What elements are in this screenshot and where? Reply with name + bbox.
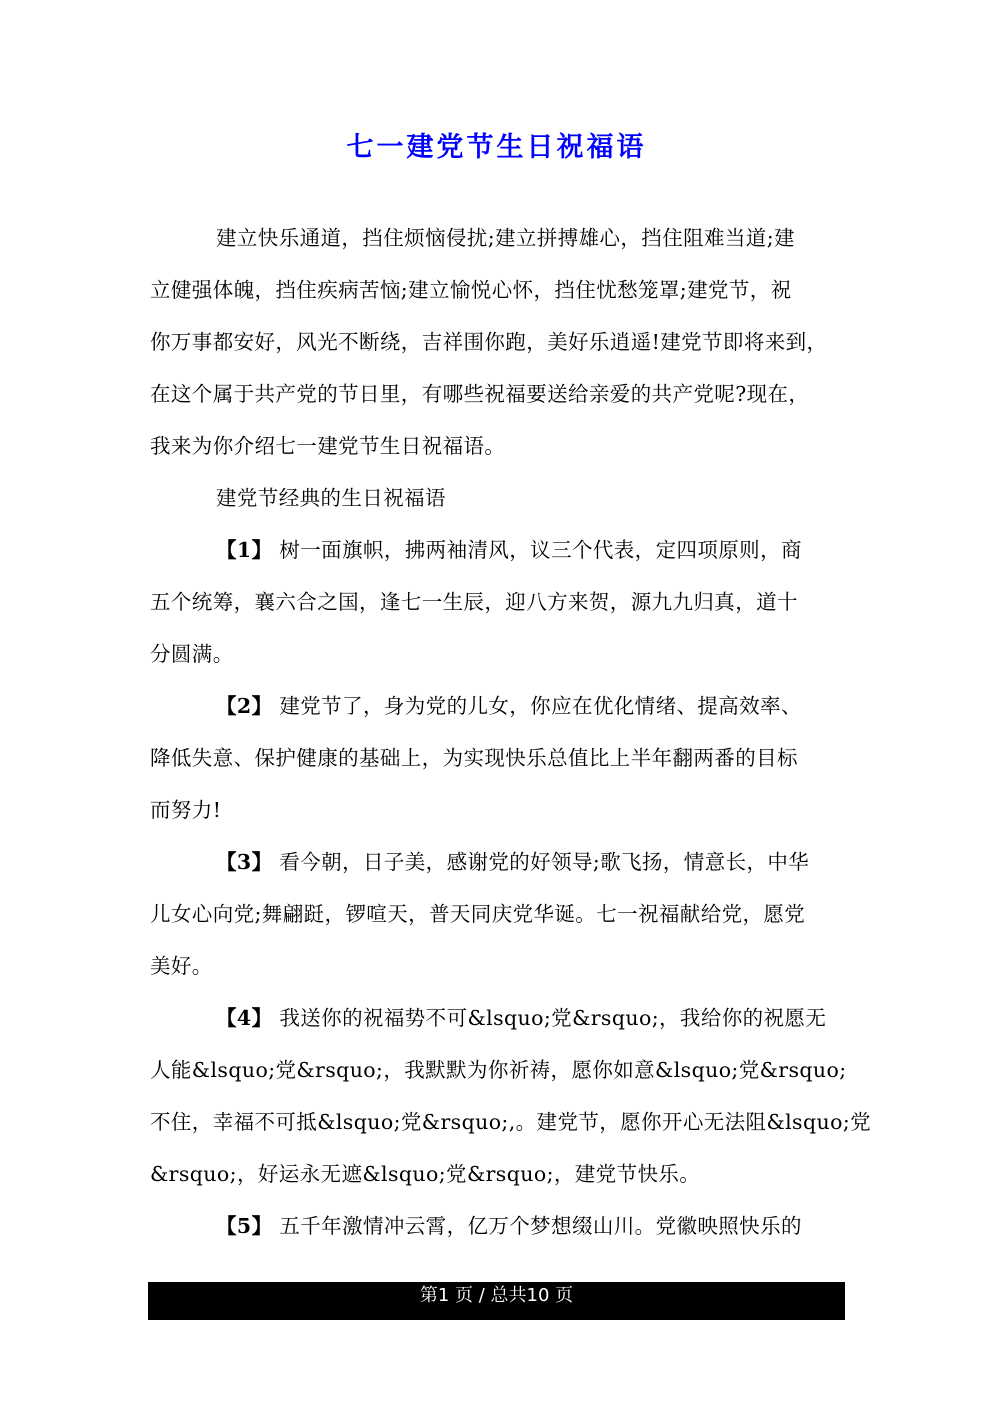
paragraph-line: 建立快乐通道，挡住烦恼侵扰;建立拼搏雄心，挡住阻难当道;建 [150,218,866,270]
line-text: 分圆满。 [150,642,234,666]
line-text: 立健强体魄，挡住疾病苦恼;建立愉悦心怀，挡住忧愁笼罩;建党节，祝 [150,278,792,302]
line-text: 五个统筹，襄六合之国，逢七一生辰，迎八方来贺，源九九归真，道十 [150,590,798,614]
item-number-marker: 【2】 [216,694,272,718]
list-item-line: 【5】 五千年激情冲云霄，亿万个梦想缀山川。党徽映照快乐的 [150,1206,866,1258]
line-text: 人能&lsquo;党&rsquo;，我默默为你祈祷，愿你如意&lsquo;党&r… [150,1058,847,1082]
line-text: 美好。 [150,954,213,978]
line-text: 建党节经典的生日祝福语 [216,486,446,510]
line-text: 建立快乐通道，挡住烦恼侵扰;建立拼搏雄心，挡住阻难当道;建 [216,226,795,250]
page-indicator: 第1 页 / 总共10 页 [420,1285,573,1306]
item-number-marker: 【5】 [216,1214,272,1238]
document-page: 七一建党节生日祝福语 建立快乐通道，挡住烦恼侵扰;建立拼搏雄心，挡住阻难当道;建… [0,0,993,1404]
item-number-marker: 【1】 [216,538,272,562]
line-text: 不住，幸福不可抵&lsquo;党&rsquo;,。建党节，愿你开心无法阻&lsq… [150,1110,871,1134]
paragraph-line: 在这个属于共产党的节日里，有哪些祝福要送给亲爱的共产党呢?现在， [150,374,866,426]
list-item-line: 【3】 看今朝，日子美，感谢党的好领导;歌飞扬，情意长，中华 [150,842,866,894]
list-item-line: 【4】 我送你的祝福势不可&lsquo;党&rsquo;，我给你的祝愿无 [150,998,866,1050]
list-item-line: 【2】 建党节了，身为党的儿女，你应在优化情绪、提高效率、 [150,686,866,738]
paragraph-line: 我来为你介绍七一建党节生日祝福语。 [150,426,866,478]
line-text: 看今朝，日子美，感谢党的好领导;歌飞扬，情意长，中华 [272,850,809,874]
document-title: 七一建党节生日祝福语 [0,128,993,168]
line-text: 树一面旗帜，拂两袖清风，议三个代表，定四项原则，商 [272,538,801,562]
paragraph-line: 不住，幸福不可抵&lsquo;党&rsquo;,。建党节，愿你开心无法阻&lsq… [150,1102,866,1154]
paragraph-line: 五个统筹，襄六合之国，逢七一生辰，迎八方来贺，源九九归真，道十 [150,582,866,634]
line-text: 而努力! [150,798,221,822]
paragraph-line: 而努力! [150,790,866,842]
paragraph-line: 儿女心向党;舞翩跹，锣喧天，普天同庆党华诞。七一祝福献给党，愿党 [150,894,866,946]
line-text: 五千年激情冲云霄，亿万个梦想缀山川。党徽映照快乐的 [272,1214,801,1238]
line-text: 我来为你介绍七一建党节生日祝福语。 [150,434,505,458]
page-footer-bar: 第1 页 / 总共10 页 [148,1282,845,1320]
document-body: 建立快乐通道，挡住烦恼侵扰;建立拼搏雄心，挡住阻难当道;建立健强体魄，挡住疾病苦… [150,218,866,1258]
paragraph-line: 你万事都安好，风光不断绕，吉祥围你跑，美好乐逍遥!建党节即将来到， [150,322,866,374]
line-text: 降低失意、保护健康的基础上，为实现快乐总值比上半年翻两番的目标 [150,746,798,770]
item-number-marker: 【4】 [216,1006,272,1030]
paragraph-line: &rsquo;，好运永无遮&lsquo;党&rsquo;，建党节快乐。 [150,1154,866,1206]
paragraph-line: 立健强体魄，挡住疾病苦恼;建立愉悦心怀，挡住忧愁笼罩;建党节，祝 [150,270,866,322]
paragraph-line: 美好。 [150,946,866,998]
list-item-line: 【1】 树一面旗帜，拂两袖清风，议三个代表，定四项原则，商 [150,530,866,582]
line-text: 建党节了，身为党的儿女，你应在优化情绪、提高效率、 [272,694,801,718]
line-text: &rsquo;，好运永无遮&lsquo;党&rsquo;，建党节快乐。 [150,1162,700,1186]
paragraph-line: 降低失意、保护健康的基础上，为实现快乐总值比上半年翻两番的目标 [150,738,866,790]
item-number-marker: 【3】 [216,850,272,874]
line-text: 你万事都安好，风光不断绕，吉祥围你跑，美好乐逍遥!建党节即将来到， [150,330,827,354]
line-text: 我送你的祝福势不可&lsquo;党&rsquo;，我给你的祝愿无 [272,1006,826,1030]
line-text: 儿女心向党;舞翩跹，锣喧天，普天同庆党华诞。七一祝福献给党，愿党 [150,902,805,926]
paragraph-line: 建党节经典的生日祝福语 [150,478,866,530]
paragraph-line: 人能&lsquo;党&rsquo;，我默默为你祈祷，愿你如意&lsquo;党&r… [150,1050,866,1102]
line-text: 在这个属于共产党的节日里，有哪些祝福要送给亲爱的共产党呢?现在， [150,382,809,406]
paragraph-line: 分圆满。 [150,634,866,686]
